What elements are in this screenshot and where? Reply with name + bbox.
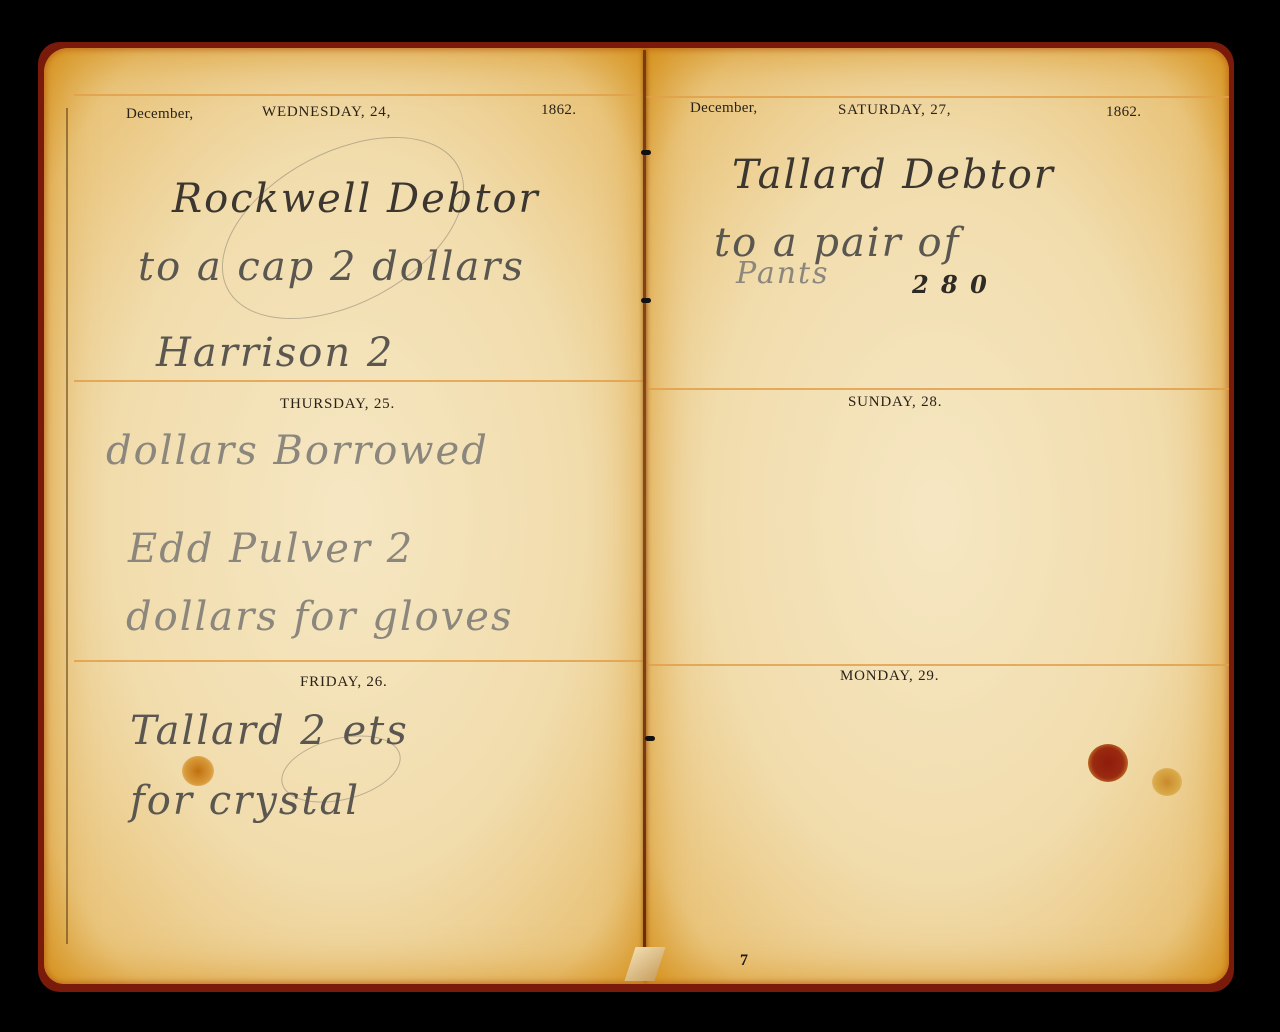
handwriting-line: for crystal [130,778,360,824]
pencil-oval-mark [192,99,495,356]
page-number: 7 [740,952,748,970]
right-page: December, SATURDAY, 27, 1862. Tallard De… [644,48,1229,984]
left-header-weekday: WEDNESDAY, 24, [262,104,391,121]
handwriting-line: Edd Pulver 2 [128,526,414,572]
day-label-friday: FRIDAY, 26. [300,674,388,691]
right-header-year: 1862. [1106,104,1141,121]
handwriting-line: dollars for gloves [126,594,513,640]
right-header-month: December, [690,100,757,117]
handwriting-line: Pants [736,256,830,291]
handwriting-line: dollars Borrowed [106,428,489,474]
handwriting-line: Rockwell Debtor [172,176,540,222]
right-header-weekday: SATURDAY, 27, [838,102,951,119]
stain [1152,768,1182,796]
day-rule [74,380,650,382]
binding-hole [641,298,651,303]
handwriting-line: Harrison 2 [156,330,394,376]
left-header-month: December, [126,106,193,123]
handwriting-line: Tallard Debtor [732,152,1055,198]
day-label-thursday: THURSDAY, 25. [280,396,395,413]
day-rule [644,388,1229,390]
binding-hole [641,150,651,155]
open-diary: December, WEDNESDAY, 24, 1862. Rockwell … [38,42,1234,992]
handwriting-line: Tallard 2 ets [130,708,409,754]
left-header-year: 1862. [541,102,576,119]
header-rule [74,94,650,96]
binding-hole [645,736,655,741]
left-page: December, WEDNESDAY, 24, 1862. Rockwell … [44,48,650,984]
day-rule [74,660,650,662]
header-rule [644,96,1229,98]
day-label-sunday: SUNDAY, 28. [848,394,942,411]
stain [1088,744,1128,782]
day-rule [644,664,1229,666]
book-gutter [643,50,646,980]
stain [182,756,214,786]
handwriting-line: to a cap 2 dollars [138,244,525,290]
day-label-monday: MONDAY, 29. [840,668,939,685]
amount: 2 8 0 [912,270,989,299]
